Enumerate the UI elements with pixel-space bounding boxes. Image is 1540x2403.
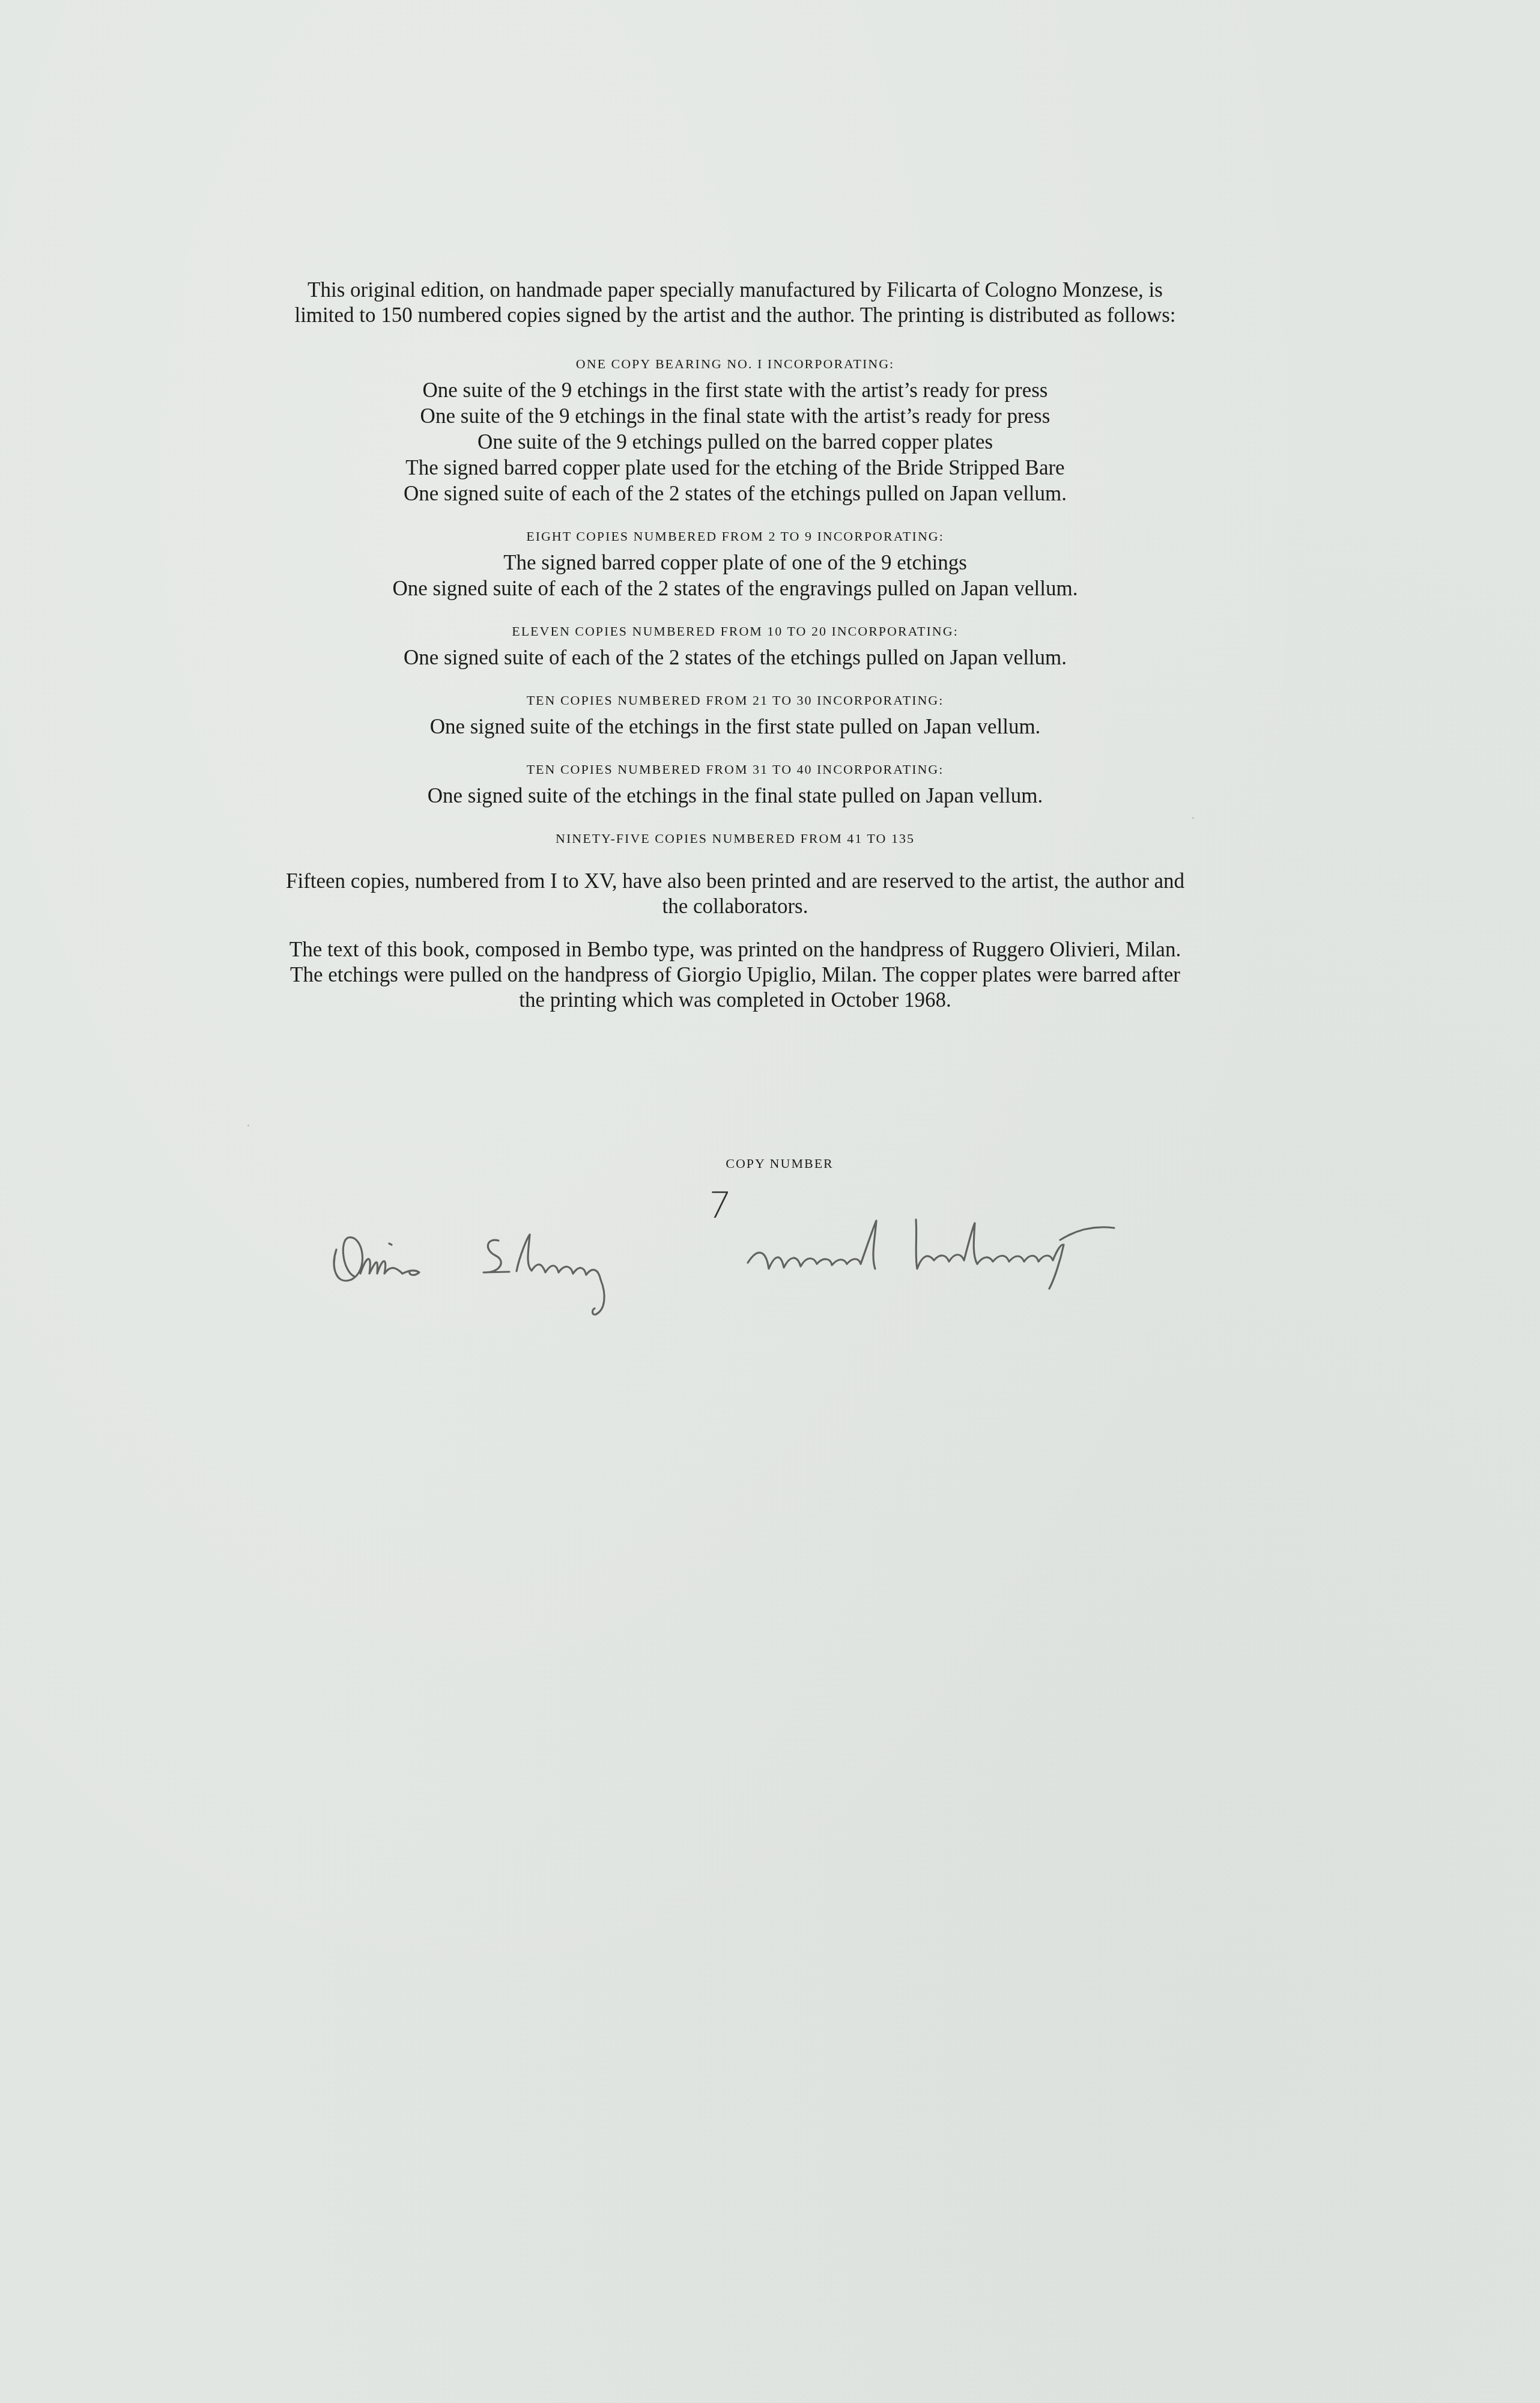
edition-section-copies-31-40: TEN COPIES NUMBERED FROM 31 TO 40 INCORP… [277, 758, 1193, 809]
section-line: The signed barred copper plate used for … [277, 455, 1193, 481]
section-line: One signed suite of the etchings in the … [277, 714, 1193, 740]
copy-number-label: COPY NUMBER [0, 1156, 1540, 1171]
section-heading: ELEVEN COPIES NUMBERED FROM 10 TO 20 INC… [277, 619, 1193, 643]
section-line: One suite of the 9 etchings pulled on th… [277, 429, 1193, 455]
section-line: One signed suite of each of the 2 states… [277, 576, 1193, 601]
section-heading: TEN COPIES NUMBERED FROM 31 TO 40 INCORP… [277, 758, 1193, 782]
reserved-copies-note: Fifteen copies, numbered from I to XV, h… [277, 869, 1193, 919]
author-signature-scribble [318, 1214, 703, 1322]
paper-speck [1192, 817, 1194, 819]
section-line: One signed suite of each of the 2 states… [277, 645, 1193, 670]
section-line: One suite of the 9 etchings in the final… [277, 403, 1193, 429]
section-heading: ONE COPY BEARING NO. I INCORPORATING: [277, 352, 1193, 376]
artist-signature-scribble [742, 1201, 1270, 1292]
edition-section-copy-1: ONE COPY BEARING NO. I INCORPORATING: On… [277, 352, 1193, 506]
copy-number-value: 7 [705, 1185, 733, 1227]
printing-note: The text of this book, composed in Bembo… [277, 937, 1193, 1013]
section-line: One suite of the 9 etchings in the first… [277, 377, 1193, 403]
section-line: One signed suite of each of the 2 states… [277, 481, 1193, 506]
edition-section-copies-41-135: NINETY-FIVE COPIES NUMBERED FROM 41 TO 1… [277, 827, 1193, 851]
section-line: One signed suite of the etchings in the … [277, 783, 1193, 809]
edition-section-copies-10-20: ELEVEN COPIES NUMBERED FROM 10 TO 20 INC… [277, 619, 1193, 670]
section-line: The signed barred copper plate of one of… [277, 550, 1193, 576]
edition-section-copies-2-9: EIGHT COPIES NUMBERED FROM 2 TO 9 INCORP… [277, 524, 1193, 601]
colophon: This original edition, on handmade paper… [277, 278, 1193, 1031]
intro-paragraph: This original edition, on handmade paper… [277, 278, 1193, 328]
section-heading: EIGHT COPIES NUMBERED FROM 2 TO 9 INCORP… [277, 524, 1193, 548]
section-heading: NINETY-FIVE COPIES NUMBERED FROM 41 TO 1… [277, 827, 1193, 851]
edition-section-copies-21-30: TEN COPIES NUMBERED FROM 21 TO 30 INCORP… [277, 688, 1193, 740]
section-heading: TEN COPIES NUMBERED FROM 21 TO 30 INCORP… [277, 688, 1193, 712]
paper-speck [247, 1125, 249, 1126]
